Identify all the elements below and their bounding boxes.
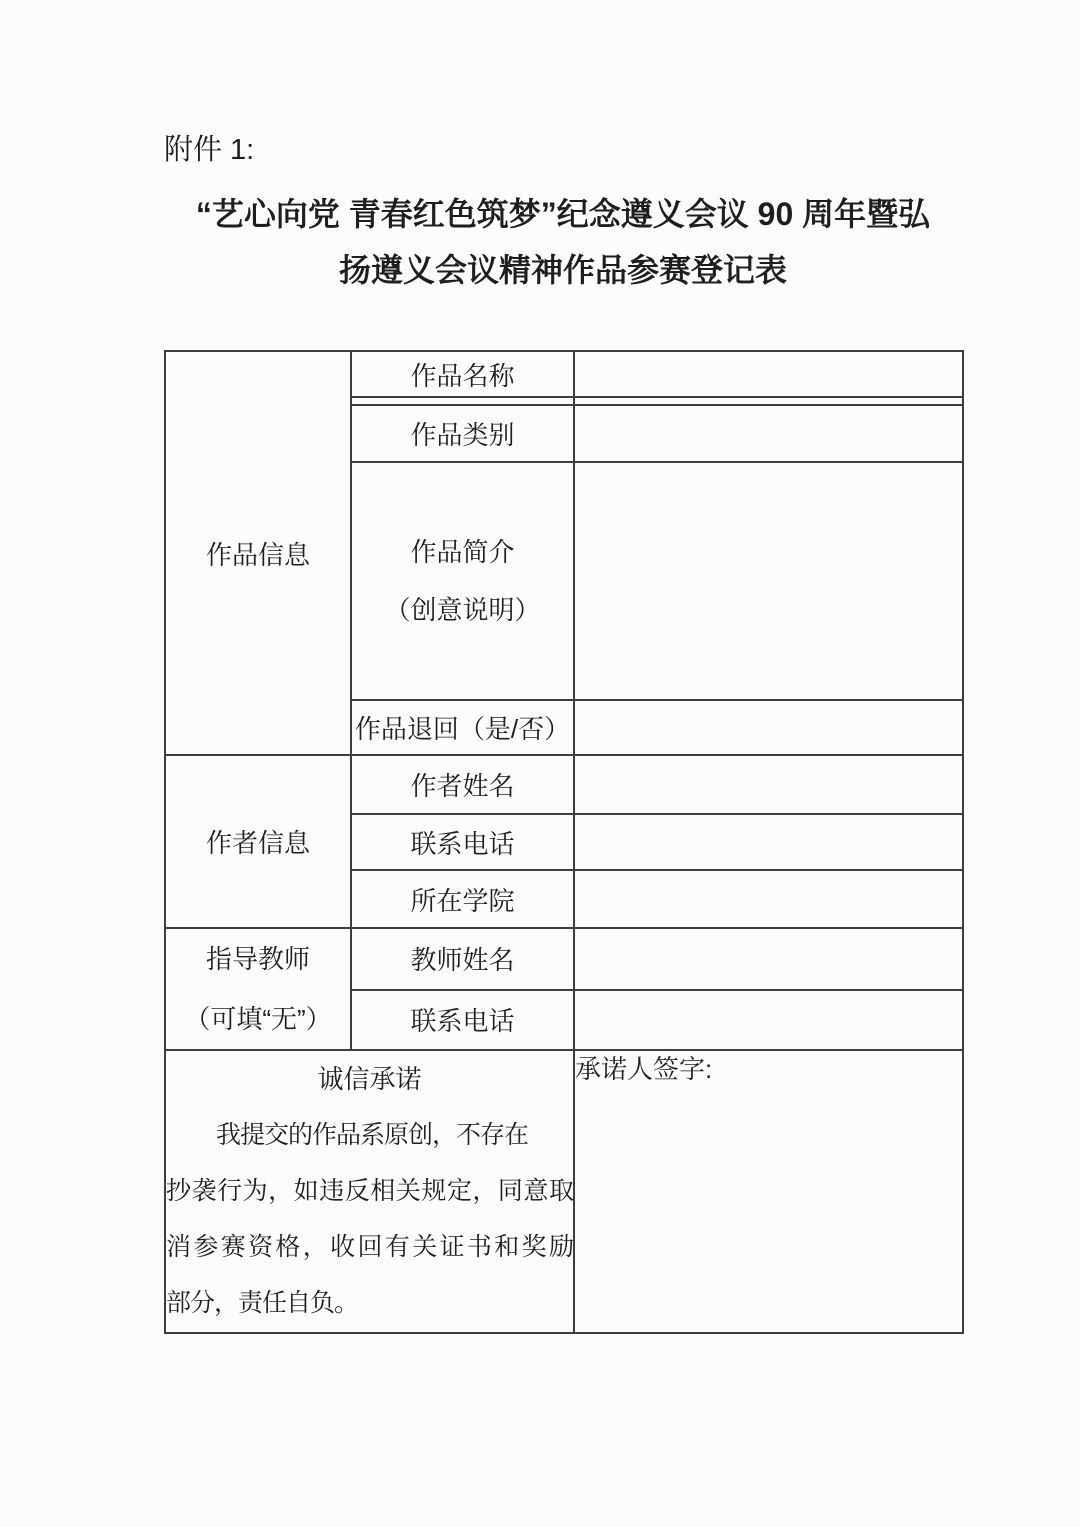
group-cell-advisor-info: 指导教师 （可填“无”） (165, 928, 351, 1050)
author-phone-label: 联系电话 (410, 829, 514, 859)
input-cell-work-return (574, 700, 963, 755)
registration-form-table: 作品信息 作品名称 作品类别 作品简介 （创意说明） (164, 350, 964, 1334)
pledge-line-3: 消参赛资格，收回有关证书和奖励 (166, 1219, 573, 1275)
input-cell-author-college (574, 870, 963, 928)
row-author-name: 作者信息 作者姓名 (165, 755, 963, 814)
pledge-title: 诚信承诺 (166, 1051, 573, 1107)
work-name-label: 作品名称 (410, 361, 514, 391)
input-cell-author-name (574, 755, 963, 814)
attachment-label: 附件 1: (164, 132, 1080, 168)
title-line-2: 扬遵义会议精神作品参赛登记表 (164, 242, 962, 298)
input-cell-author-phone (574, 814, 963, 870)
label-cell-work-intro: 作品简介 （创意说明） (351, 462, 574, 700)
work-return-label: 作品退回（是/否） (355, 714, 570, 744)
document-page: 附件 1: “艺心向党 青春红色筑梦”纪念遵义会议 90 周年暨弘 扬遵义会议精… (0, 0, 1080, 1527)
group-label-work-info: 作品信息 (206, 540, 310, 570)
label-cell-teacher-name: 教师姓名 (351, 928, 574, 990)
label-cell-author-college: 所在学院 (351, 870, 574, 928)
group-label-author-info: 作者信息 (206, 828, 310, 858)
row-pledge: 诚信承诺 我提交的作品系原创，不存在 抄袭行为，如违反相关规定，同意取 消参赛资… (165, 1050, 963, 1333)
author-name-label: 作者姓名 (410, 771, 514, 801)
pledge-cell: 诚信承诺 我提交的作品系原创，不存在 抄袭行为，如违反相关规定，同意取 消参赛资… (165, 1050, 574, 1333)
input-cell-teacher-phone (574, 990, 963, 1050)
work-category-label: 作品类别 (410, 420, 514, 450)
teacher-phone-label: 联系电话 (410, 1006, 514, 1036)
label-cell-work-category: 作品类别 (351, 405, 574, 462)
label-cell-work-name: 作品名称 (351, 351, 574, 397)
input-cell-work-intro (574, 462, 963, 700)
pledge-line-4: 部分，责任自负。 (166, 1275, 573, 1331)
advisor-group-label-line2: （可填“无”） (166, 989, 350, 1049)
group-cell-work-info: 作品信息 (165, 351, 351, 755)
group-cell-author-info: 作者信息 (165, 755, 351, 928)
advisor-group-label-line1: 指导教师 (166, 929, 350, 989)
pledge-line-2: 抄袭行为，如违反相关规定，同意取 (166, 1163, 573, 1219)
signature-label: 承诺人签字: (575, 1054, 712, 1084)
signature-cell: 承诺人签字: (574, 1050, 963, 1333)
spacer-cell-input (574, 397, 963, 405)
pledge-line-1: 我提交的作品系原创，不存在 (166, 1107, 573, 1163)
input-cell-teacher-name (574, 928, 963, 990)
row-teacher-name: 指导教师 （可填“无”） 教师姓名 (165, 928, 963, 990)
work-intro-label-line2: （创意说明） (352, 581, 573, 639)
label-cell-teacher-phone: 联系电话 (351, 990, 574, 1050)
label-cell-work-return: 作品退回（是/否） (351, 700, 574, 755)
row-work-name: 作品信息 作品名称 (165, 351, 963, 397)
input-cell-work-name (574, 351, 963, 397)
label-cell-author-phone: 联系电话 (351, 814, 574, 870)
document-title: “艺心向党 青春红色筑梦”纪念遵义会议 90 周年暨弘 扬遵义会议精神作品参赛登… (164, 186, 962, 298)
label-cell-author-name: 作者姓名 (351, 755, 574, 814)
work-intro-label-line1: 作品简介 (352, 523, 573, 581)
title-line-1: “艺心向党 青春红色筑梦”纪念遵义会议 90 周年暨弘 (164, 186, 962, 242)
spacer-cell-label (351, 397, 574, 405)
teacher-name-label: 教师姓名 (410, 945, 514, 975)
input-cell-work-category (574, 405, 963, 462)
author-college-label: 所在学院 (410, 886, 514, 916)
